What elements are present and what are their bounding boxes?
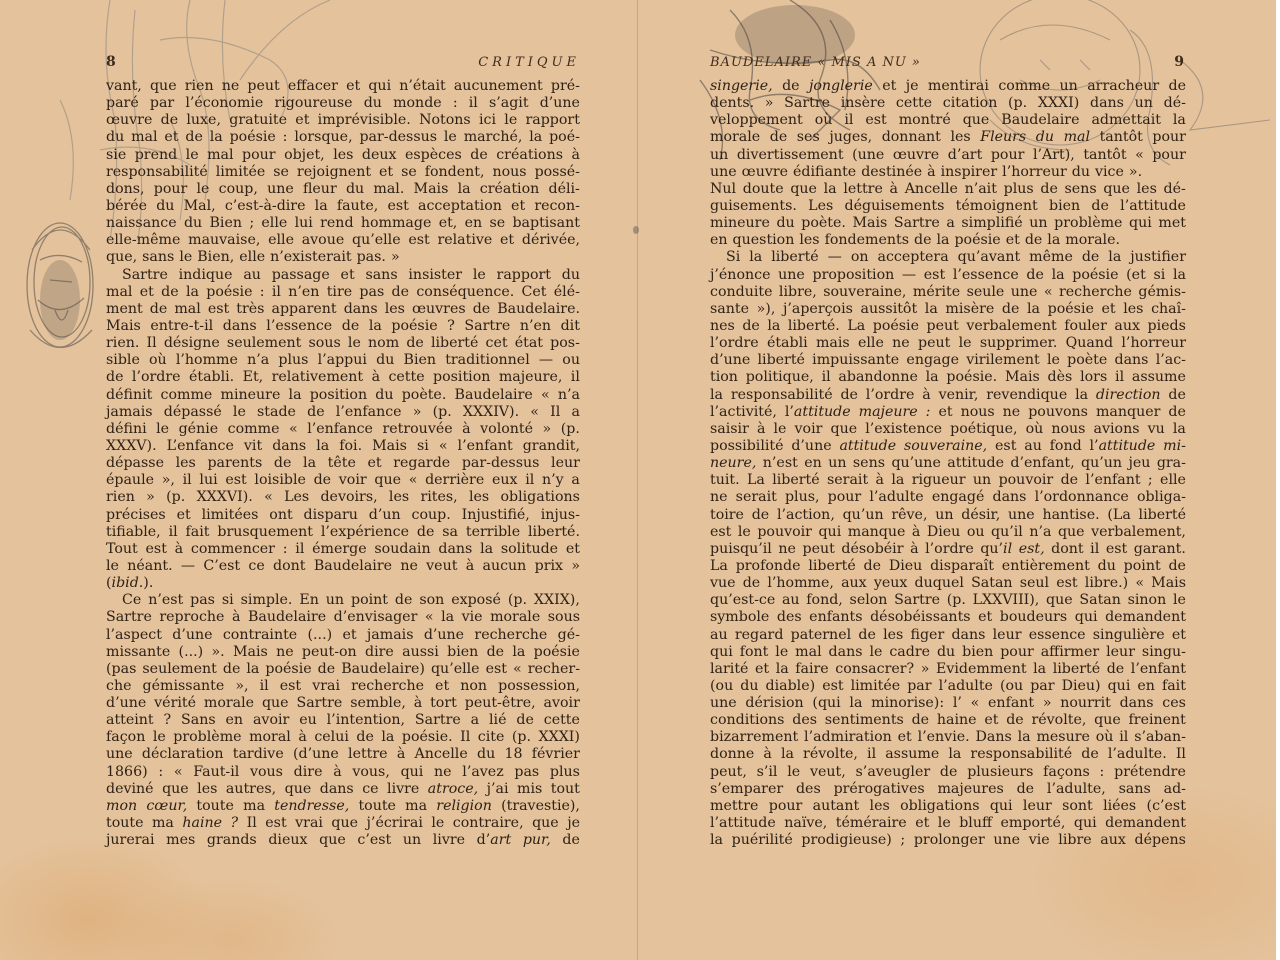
word: obliga-: [1137, 489, 1186, 506]
word: l’essence: [953, 267, 1019, 284]
text-line: peut,s’illeveut,s’aveuglerdeplusieursfaç…: [710, 764, 1186, 781]
word: pas: [359, 284, 384, 301]
word: comme: [228, 421, 280, 438]
word: derrière: [425, 472, 484, 489]
word: recher-: [528, 661, 580, 678]
word: semble,: [350, 695, 406, 712]
word: «: [513, 661, 522, 678]
word: tuit.: [710, 472, 740, 489]
word: indique: [179, 267, 233, 284]
word: est: [387, 198, 408, 215]
word: à: [175, 541, 183, 558]
word: de: [318, 661, 335, 678]
word: point: [351, 592, 388, 609]
word: paré: [106, 95, 139, 112]
word: une: [1008, 507, 1035, 524]
word: sens: [1065, 181, 1097, 198]
word: de: [1025, 232, 1042, 249]
word: «: [971, 695, 980, 712]
word: la: [824, 181, 837, 198]
word: assume: [1132, 369, 1186, 386]
word: des: [796, 781, 821, 798]
word: rejoignent: [297, 164, 371, 181]
word: cadre: [889, 644, 930, 661]
word: au: [782, 592, 800, 609]
word: la: [529, 129, 542, 146]
word: Sartre: [784, 95, 830, 112]
word: (p.: [1008, 95, 1027, 112]
word: génie: [179, 421, 219, 438]
word: de: [1006, 712, 1023, 729]
word: n’a: [247, 352, 269, 369]
word: le: [444, 129, 457, 146]
text-line: tuit.Lalibertéseraitàlarigueurunpouvoird…: [710, 472, 1186, 489]
word: Sartre: [122, 267, 168, 284]
word: —: [181, 558, 195, 575]
word: Dieu): [1062, 678, 1101, 695]
word: XXIX),: [534, 592, 580, 609]
word: (et: [1126, 267, 1146, 284]
word: peut: [918, 335, 950, 352]
word: à: [927, 164, 935, 181]
word: liées: [1103, 798, 1136, 815]
word: ce: [248, 558, 264, 575]
word: XXXI): [539, 729, 580, 746]
word: rigueur: [912, 472, 966, 489]
word: la: [1108, 249, 1121, 266]
word: reproche: [159, 609, 224, 626]
word: »),: [757, 301, 776, 318]
word: l’avez: [462, 764, 503, 781]
word: »: [413, 404, 422, 421]
word: vice: [1095, 164, 1124, 181]
text-line: XXXV).L’enfancevitdanslafoi.Maissi«l’enf…: [106, 438, 580, 455]
word: du: [346, 181, 364, 198]
word: montré: [899, 112, 951, 129]
word: de: [562, 832, 579, 849]
word: Notons: [419, 112, 471, 129]
word: pour: [242, 147, 276, 164]
word: C’est: [203, 558, 240, 575]
word: son: [419, 592, 444, 609]
word: et: [140, 284, 154, 301]
word: la: [381, 729, 394, 746]
word: En: [299, 592, 319, 609]
word: l’ordre: [925, 541, 974, 558]
word: d’une: [710, 352, 750, 369]
text-line: œuvredeluxe,gratuiteetimprévisible.Noton…: [106, 112, 580, 129]
word: c’est-à-dire: [225, 198, 306, 215]
word: l’adulte,: [1047, 781, 1106, 798]
word: du: [1036, 129, 1054, 146]
word: fouler: [1064, 318, 1107, 335]
word: de: [106, 369, 123, 386]
word: le: [156, 421, 169, 438]
word: les: [1123, 301, 1143, 318]
word: et: [978, 609, 992, 626]
word: —: [902, 267, 916, 284]
word: Baudelaire: [248, 609, 326, 626]
word: l’envie.: [918, 729, 970, 746]
word: en: [710, 232, 728, 249]
word: la: [1075, 387, 1088, 404]
word: Baudelaire: [1001, 112, 1079, 129]
word: n’en: [520, 318, 551, 335]
word: n’est: [148, 592, 183, 609]
word: à: [397, 746, 405, 763]
word: haine: [182, 815, 222, 832]
word: il: [867, 746, 876, 763]
word: de: [1040, 181, 1057, 198]
word: possibilité: [710, 438, 784, 455]
word: le: [959, 335, 972, 352]
word: regarde: [393, 455, 450, 472]
text-line: l’attitudenaïve,téméraireetlebluffemport…: [710, 815, 1186, 832]
word: dire: [294, 764, 323, 781]
word: symbole: [710, 609, 769, 626]
word: leur: [1106, 644, 1135, 661]
text-line: lenéant.—C’estcedontBaudelaireneveutàauc…: [106, 558, 580, 575]
word: de: [1091, 198, 1108, 215]
text-line: quifontlemaldanslecadredubienpouraffirme…: [710, 644, 1186, 661]
word: est,: [1019, 541, 1045, 558]
word: les: [799, 232, 819, 249]
text-line: Cen’estpassisimple.Enunpointdesonexposé(…: [106, 592, 580, 609]
word: XXXIV).: [463, 404, 519, 421]
word: seul: [1020, 575, 1049, 592]
word: cette: [896, 95, 932, 112]
word: Injustifié,: [462, 507, 530, 524]
word: déguisements: [845, 198, 945, 215]
word: de: [1081, 746, 1098, 763]
word: et: [1102, 301, 1116, 318]
word: mal: [106, 284, 132, 301]
word: une: [710, 695, 737, 712]
word: du: [477, 746, 495, 763]
text-line: qu’est-ceaufond,selonSartre(p.LXXVIII),q…: [710, 592, 1186, 609]
word: ces: [1162, 695, 1186, 712]
page-body-text: vant,queriennepeuteffaceretquin’étaitauc…: [106, 78, 580, 849]
word: l’enfance: [336, 404, 402, 421]
word: n’a: [558, 387, 580, 404]
word: ont: [269, 507, 292, 524]
word: (ibid.).: [106, 575, 153, 592]
word: pur,: [523, 832, 551, 849]
word: la: [936, 232, 949, 249]
word: est: [1106, 541, 1127, 558]
word: avoue: [302, 232, 345, 249]
word: LXXVIII),: [973, 592, 1040, 609]
word: qui: [368, 78, 391, 95]
word: arracheur: [1087, 78, 1159, 95]
page-number: 8: [106, 54, 116, 70]
word: sible: [106, 352, 140, 369]
word: l’intention,: [327, 712, 405, 729]
word: fait: [186, 524, 210, 541]
word: ne: [892, 335, 910, 352]
word: prolonger: [914, 832, 985, 849]
word: pour: [991, 147, 1025, 164]
word: et: [984, 712, 998, 729]
word: l’admiration: [804, 729, 892, 746]
word: poète.: [402, 387, 447, 404]
word: limitée: [216, 164, 266, 181]
word: elle-même: [106, 232, 180, 249]
word: ;: [249, 215, 254, 232]
word: de: [161, 112, 178, 129]
word: fond: [1050, 438, 1082, 455]
word: donnant: [882, 129, 941, 146]
word: »: [1043, 695, 1052, 712]
word: mesure: [1036, 729, 1089, 746]
word: limitée: [851, 678, 901, 695]
word: vérité: [154, 695, 196, 712]
word: pour: [1152, 147, 1186, 164]
word: il: [844, 112, 853, 129]
word: les: [883, 627, 903, 644]
word: du: [740, 678, 758, 695]
word: j’aperçois: [783, 301, 853, 318]
word: mal: [795, 644, 821, 661]
text-line: précisesetlimitéesontdisparud’uncoup.Inj…: [106, 507, 580, 524]
word: qu’il: [991, 524, 1023, 541]
word: s’aveugler: [856, 764, 931, 781]
word: (ou: [1000, 678, 1023, 695]
word: recherche: [474, 627, 547, 644]
word: le: [186, 147, 199, 164]
word: bien: [962, 644, 993, 661]
text-line: sibleoùl’hommen’aplusl’appuiduBientradit…: [106, 352, 580, 369]
word: vous,: [352, 764, 390, 781]
word: que: [532, 815, 559, 832]
word: parents: [207, 455, 262, 472]
word: aux: [1114, 318, 1140, 335]
text-line: toiredel’action,qu’unrêve,undésir,unehan…: [710, 507, 1186, 524]
word: l’adulte: [869, 489, 923, 506]
text-line: missante(...)».Maisnepeut-ondireaussibie…: [106, 644, 580, 661]
word: la: [303, 455, 316, 472]
word: du: [375, 387, 393, 404]
word: qu’est-ce: [710, 592, 775, 609]
word: autres,: [226, 781, 276, 798]
word: et: [295, 112, 309, 129]
word: (p.: [561, 421, 580, 438]
word: l’homme: [176, 352, 238, 369]
word: poésie.: [402, 729, 453, 746]
word: mal: [174, 301, 200, 318]
word: elle: [1160, 472, 1186, 489]
word: l’enfant: [1085, 472, 1140, 489]
word: je: [906, 78, 919, 95]
text-line: Maisentre-t-ildansl’essencedelapoésie?Sa…: [106, 318, 580, 335]
text-line: estlepouvoirquimanqueàDieuouqu’iln’aquev…: [710, 524, 1186, 541]
word: il: [183, 472, 192, 489]
word: édifiante: [793, 164, 856, 181]
word: ma: [243, 798, 265, 815]
text-line: béréeduMal,c’est-à-direlafaute,estaccept…: [106, 198, 580, 215]
word: effacer: [288, 78, 338, 95]
word: destinée: [861, 164, 922, 181]
word: que: [1103, 181, 1130, 198]
word: que: [1094, 712, 1121, 729]
word: avoir: [544, 695, 580, 712]
word: hantise.: [1042, 507, 1099, 524]
word: vant,: [106, 78, 142, 95]
text-line: LaprofondelibertédeDieudisparaîtentièrem…: [710, 558, 1186, 575]
word: responsabilité: [970, 746, 1072, 763]
word: L’enfance: [167, 438, 234, 455]
word: de: [161, 284, 178, 301]
word: et: [177, 507, 191, 524]
word: cœur,: [146, 798, 187, 815]
word: fondements: [825, 232, 909, 249]
word: jamais: [367, 627, 414, 644]
word: singu-: [1142, 644, 1186, 661]
word: mal.: [373, 181, 404, 198]
text-line: paréparl’économierigoureusedumonde:ils’a…: [106, 95, 580, 112]
word: attitude: [839, 438, 896, 455]
text-line: l’ordreétablimaisellenepeutlesupprimer.Q…: [710, 335, 1186, 352]
word: les: [1137, 181, 1157, 198]
word: Il: [247, 815, 257, 832]
word: poésie: [391, 318, 437, 335]
word: élé-: [554, 284, 580, 301]
word: nes: [710, 318, 735, 335]
word: les: [176, 455, 196, 472]
word: conséquence.: [416, 284, 514, 301]
word: relative: [437, 232, 492, 249]
word: garant.: [1134, 541, 1186, 558]
word: majeures: [937, 781, 1003, 798]
word: l’horreur: [1002, 164, 1067, 181]
word: ici: [479, 112, 496, 129]
word: :: [260, 284, 265, 301]
word: serait: [736, 489, 777, 506]
word: figer: [911, 627, 945, 644]
word: :: [158, 764, 163, 781]
word: attitude: [947, 455, 1004, 472]
word: de: [406, 335, 423, 352]
text-line: moncœur,toutematendresse,toutemareligion…: [106, 798, 580, 815]
word: mettre: [710, 798, 758, 815]
word: veut: [426, 558, 457, 575]
word: devoirs,: [320, 489, 377, 506]
word: supprimer.: [980, 335, 1057, 352]
word: de: [782, 78, 799, 95]
word: Faut-il: [193, 764, 239, 781]
word: la: [289, 387, 302, 404]
word: sa: [442, 524, 458, 541]
word: mais: [816, 335, 850, 352]
text-line: que,sansleBien,ellen’existeraitpas.»: [106, 249, 580, 266]
word: l’homme,: [767, 575, 834, 592]
running-head-title: CRITIQUE: [478, 55, 580, 70]
word: monde: [393, 95, 442, 112]
word: responsabilité: [106, 164, 208, 181]
text-line: mineuredupoète.MaisSartreasimplifiéunpro…: [710, 215, 1186, 232]
word: la: [316, 438, 329, 455]
word: au: [1024, 438, 1042, 455]
word: manque: [848, 524, 906, 541]
text-line: nesdelaliberté.Lapoésiepeutverbalementfo…: [710, 318, 1186, 335]
word: la: [1047, 232, 1060, 249]
word: pas: [190, 592, 215, 609]
word: qui: [401, 764, 424, 781]
word: atroce,: [428, 781, 478, 798]
text-line: mentdemalesttrèsapparentdanslesœuvresdeB…: [106, 301, 580, 318]
word: tout: [551, 781, 580, 798]
word: la: [210, 129, 223, 146]
word: la: [1173, 421, 1186, 438]
word: contraire,: [453, 815, 524, 832]
word: que: [262, 695, 289, 712]
word: problème: [173, 729, 241, 746]
word: liberté: [758, 352, 805, 369]
word: de: [840, 387, 857, 404]
word: à: [757, 421, 765, 438]
word: mon: [106, 798, 137, 815]
word: enfant: [988, 695, 1034, 712]
word: donne: [710, 746, 754, 763]
word: majeure: [859, 404, 918, 421]
text-line: définitcommemineurelapositiondupoète.Bau…: [106, 387, 580, 404]
word: direction: [1096, 387, 1161, 404]
word: d’art: [477, 832, 512, 849]
word: retrouvée: [382, 421, 452, 438]
word: nom: [368, 335, 399, 352]
word: que: [162, 781, 189, 798]
word: non: [460, 678, 487, 695]
word: Sartre: [894, 215, 940, 232]
word: à: [572, 147, 580, 164]
word: vie: [462, 609, 483, 626]
word: qui: [1129, 215, 1152, 232]
word: tardive: [233, 746, 284, 763]
word: la: [1052, 267, 1065, 284]
word: prix: [535, 558, 563, 575]
word: liberté.: [788, 318, 840, 335]
word: dire: [365, 644, 394, 661]
word: à: [890, 181, 898, 198]
word: rigoureuse: [274, 95, 352, 112]
word: libre: [1058, 832, 1091, 849]
word: simplifié: [961, 215, 1022, 232]
word: lui: [199, 472, 217, 489]
word: Si: [726, 249, 740, 266]
word: je: [567, 815, 580, 832]
word: vit: [244, 438, 262, 455]
word: l’existence: [865, 421, 942, 438]
word: serait: [827, 472, 868, 489]
word: qui: [818, 524, 841, 541]
word: à: [232, 609, 240, 626]
word: tifiable,: [106, 524, 161, 541]
word: la: [710, 832, 723, 849]
word: souveraine,: [904, 438, 987, 455]
word: ;: [900, 832, 905, 849]
word: aussitôt: [861, 301, 918, 318]
word: Ancelle: [905, 181, 958, 198]
text-line: symboledesenfantsdésobéissantsetboudeurs…: [710, 609, 1186, 626]
word: et: [379, 164, 393, 181]
word: s’aban-: [1134, 729, 1186, 746]
word: objet,: [284, 147, 325, 164]
text-line: d’unelibertéimpuissanteengagevirilementl…: [710, 352, 1186, 369]
word: brusquement: [217, 524, 313, 541]
word: façons: [1043, 764, 1090, 781]
word: l’expérience: [321, 524, 409, 541]
word: dans: [272, 438, 306, 455]
